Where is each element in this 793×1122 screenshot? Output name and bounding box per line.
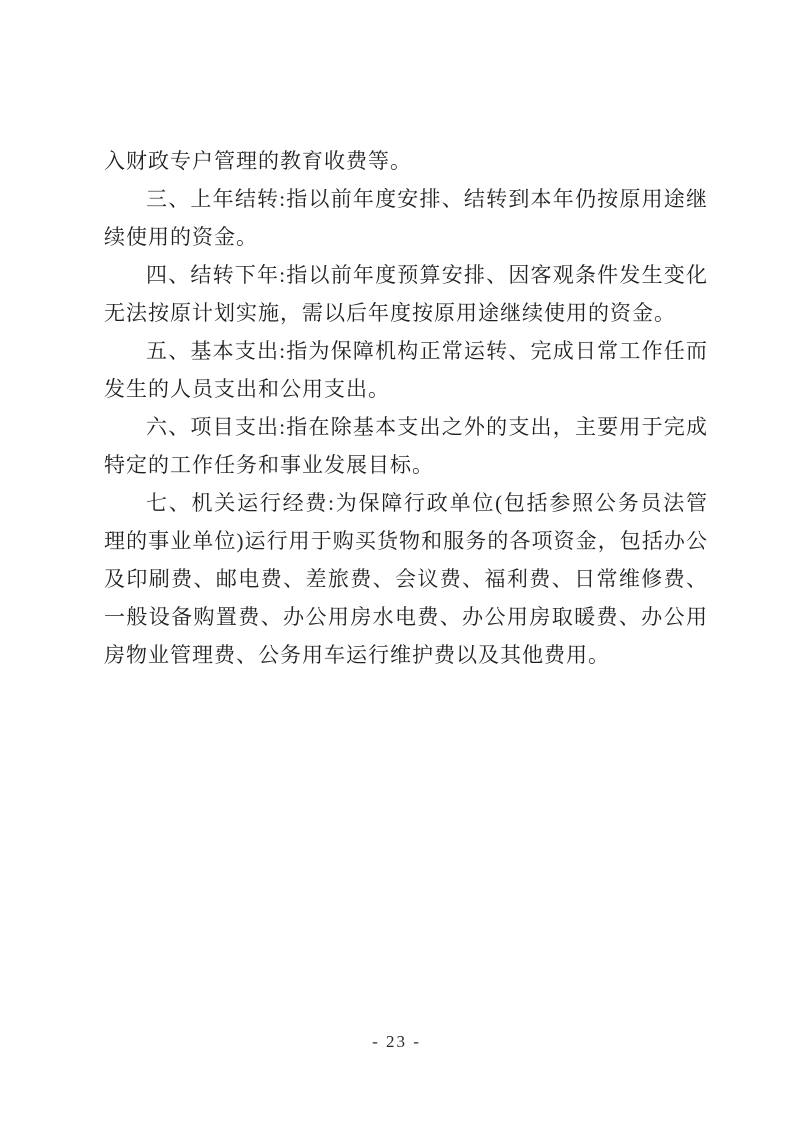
page-number: - 23 -	[0, 1030, 793, 1054]
paragraph: 七、机关运行经费:为保障行政单位(包括参照公务员法管理的事业单位)运行用于购买货…	[104, 484, 708, 674]
document-page: 入财政专户管理的教育收费等。三、上年结转:指以前年度安排、结转到本年仍按原用途继…	[0, 0, 793, 1122]
paragraph: 入财政专户管理的教育收费等。	[104, 142, 708, 180]
paragraph: 六、项目支出:指在除基本支出之外的支出，主要用于完成特定的工作任务和事业发展目标…	[104, 408, 708, 484]
paragraph: 四、结转下年:指以前年度预算安排、因客观条件发生变化无法按原计划实施，需以后年度…	[104, 256, 708, 332]
paragraph: 三、上年结转:指以前年度安排、结转到本年仍按原用途继续使用的资金。	[104, 180, 708, 256]
document-body: 入财政专户管理的教育收费等。三、上年结转:指以前年度安排、结转到本年仍按原用途继…	[104, 142, 708, 674]
paragraph: 五、基本支出:指为保障机构正常运转、完成日常工作任而发生的人员支出和公用支出。	[104, 332, 708, 408]
